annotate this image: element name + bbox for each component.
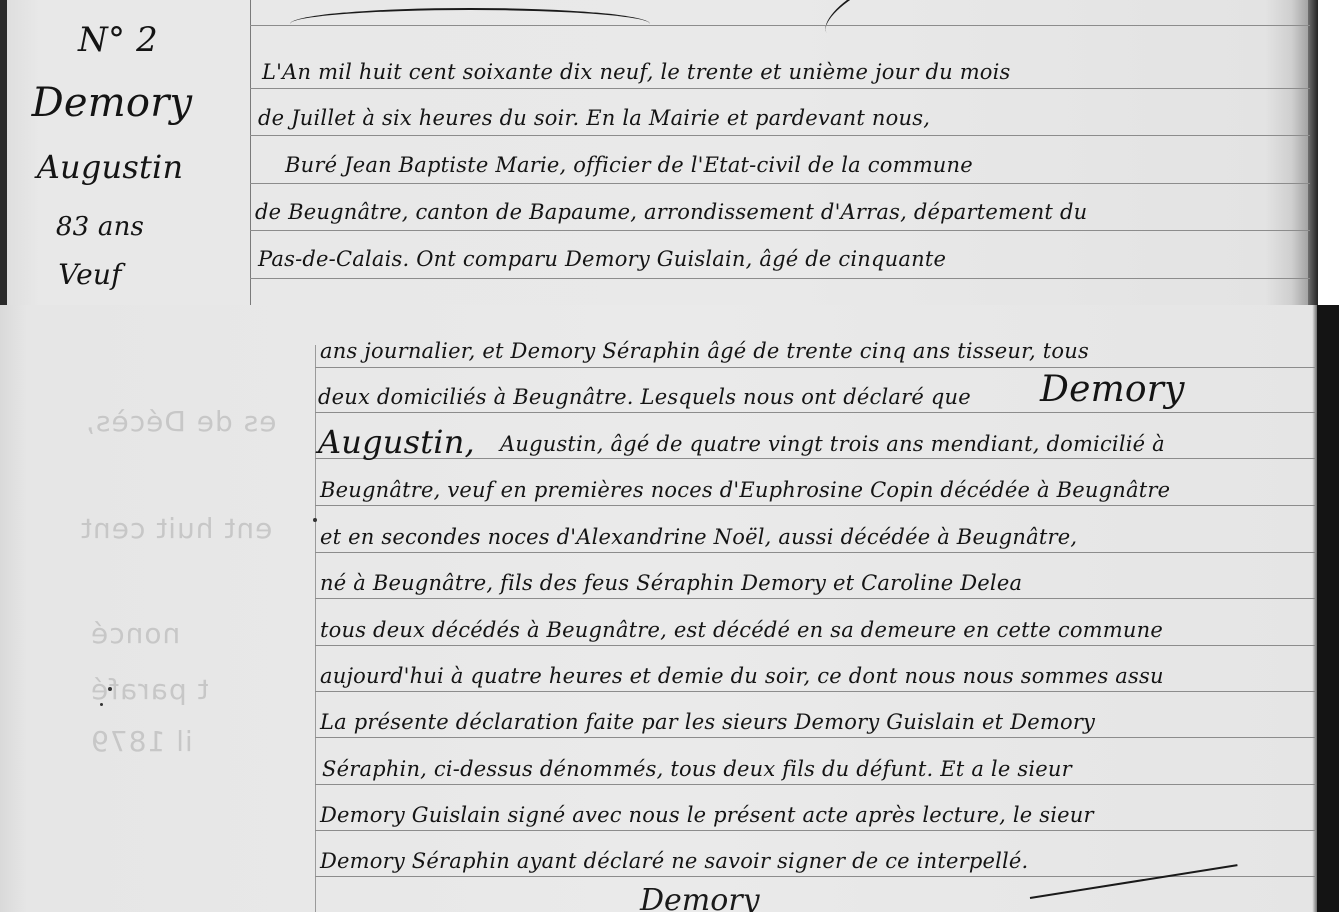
show-through-text: il 1879	[90, 725, 193, 758]
show-through-text: ent huit cent	[80, 512, 272, 545]
record-line-2: de Juillet à six heures du soir. En la M…	[258, 106, 930, 130]
deceased-surname: Demory	[1040, 369, 1185, 410]
record-line-15: Séraphin, ci-dessus dénommés, tous deux …	[322, 757, 1072, 781]
record-line-1: L'An mil huit cent soixante dix neuf, le…	[262, 60, 1011, 84]
rule	[250, 88, 1310, 89]
margin-age: 83 ans	[0, 212, 210, 242]
margin-surname: Demory	[2, 80, 222, 126]
record-line-17: Demory Séraphin ayant déclaré ne savoir …	[320, 849, 1028, 873]
closing-stroke	[1030, 864, 1238, 899]
record-line-16: Demory Guislain signé avec nous le prése…	[320, 803, 1094, 827]
ink-speck	[108, 687, 112, 691]
rule	[250, 230, 1310, 231]
rule	[315, 367, 1315, 368]
scan-right-edge	[1317, 305, 1339, 912]
record-line-5: Pas-de-Calais. Ont comparu Demory Guisla…	[258, 247, 946, 271]
margin-divider	[315, 345, 316, 912]
margin-entry-number: N° 2	[8, 20, 228, 60]
header-flourish	[290, 8, 650, 40]
record-line-3: Buré Jean Baptiste Marie, officier de l'…	[285, 153, 973, 177]
record-line-11: né à Beugnâtre, fils des feus Séraphin D…	[320, 571, 1022, 595]
rule	[315, 830, 1315, 831]
record-line-4: de Beugnâtre, canton de Bapaume, arrondi…	[255, 200, 1087, 224]
rule	[315, 645, 1315, 646]
margin-divider	[250, 0, 251, 305]
scan-right-edge	[1308, 0, 1318, 305]
margin-given-name: Augustin	[0, 148, 220, 186]
bottom-scan-panel: es de Décès, ent huit cent noncé t paraf…	[0, 305, 1339, 912]
margin-status: Veuf	[0, 258, 200, 291]
record-line-12: tous deux décédés à Beugnâtre, est décéd…	[320, 618, 1163, 642]
show-through-text: noncé	[90, 617, 180, 650]
rule	[315, 691, 1315, 692]
rule	[315, 552, 1315, 553]
record-line-14: La présente déclaration faite par les si…	[320, 710, 1095, 734]
show-through-text: es de Décès,	[85, 405, 277, 438]
rule	[315, 737, 1315, 738]
record-line-7: deux domiciliés à Beugnâtre. Lesquels no…	[318, 385, 971, 409]
rule	[315, 505, 1315, 506]
record-line-9: Beugnâtre, veuf en premières noces d'Eup…	[320, 478, 1170, 502]
ink-speck	[100, 703, 103, 706]
rule	[250, 135, 1310, 136]
record-line-8: Augustin, âgé de quatre vingt trois ans …	[500, 432, 1165, 456]
ink-speck	[313, 518, 317, 522]
deceased-given-name: Augustin,	[318, 423, 475, 461]
record-line-6: ans journalier, et Demory Séraphin âgé d…	[320, 339, 1089, 363]
rule	[315, 412, 1315, 413]
rule	[250, 278, 1310, 279]
rule	[315, 598, 1315, 599]
record-line-13: aujourd'hui à quatre heures et demie du …	[320, 664, 1164, 688]
declarant-signature: Demory	[640, 883, 760, 912]
rule	[315, 784, 1315, 785]
top-scan-panel: N° 2 Demory Augustin 83 ans Veuf L'An mi…	[0, 0, 1318, 305]
rule	[250, 183, 1310, 184]
record-line-10: et en secondes noces d'Alexandrine Noël,…	[320, 525, 1077, 549]
rule	[250, 25, 1310, 26]
